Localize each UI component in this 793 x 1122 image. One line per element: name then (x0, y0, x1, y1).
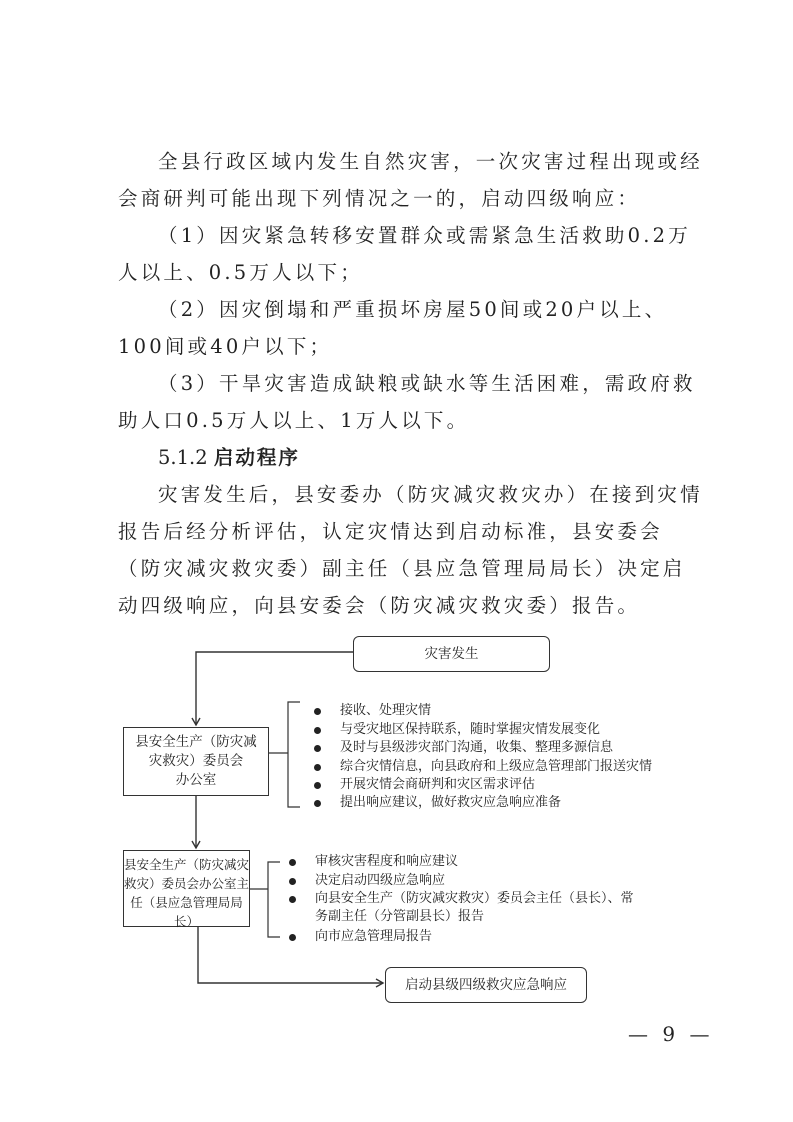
bullet-icon (289, 896, 296, 903)
step1-line: 县安全生产（防灾减 (135, 733, 257, 752)
step2-task: 向县安全生产（防灾减灾救灾）委员会主任（县长）、常 (315, 890, 634, 909)
step1-task: 与受灾地区保持联系，随时掌握灾情发展变化 (340, 721, 600, 740)
step2-task: 决定启动四级应急响应 (315, 872, 445, 891)
step1-task: 接收、处理灾情 (340, 702, 431, 721)
step2-line: 任（县应急管理局局长） (124, 893, 249, 931)
step2-task: 审核灾害程度和响应建议 (315, 853, 458, 872)
bullet-icon (289, 878, 296, 885)
bullet-icon (314, 800, 321, 807)
step1-task: 开展灾情会商研判和灾区需求评估 (340, 776, 535, 795)
step1-task: 及时与县级涉灾部门沟通，收集、整理多源信息 (340, 739, 613, 758)
step1-line: 办公室 (176, 771, 217, 790)
step2-line: 救灾）委员会办公室主 (124, 874, 249, 893)
bullet-icon (314, 764, 321, 771)
page-number: — 9 — (628, 1022, 713, 1046)
step2-box: 县安全生产（防灾减灾 救灾）委员会办公室主 任（县应急管理局局长） (123, 850, 250, 927)
bullet-icon (314, 782, 321, 789)
bullet-icon (314, 708, 321, 715)
flowchart: 灾害发生 县安全生产（防灾减 灾救灾）委员会 办公室 接收、处理灾情 与受灾地区… (0, 0, 793, 1122)
step1-task: 提出响应建议，做好救灾应急响应准备 (340, 794, 561, 813)
end-box: 启动县级四级救灾应急响应 (385, 967, 587, 1003)
flowchart-connectors (0, 0, 793, 1122)
step1-task: 综合灾情信息，向县政府和上级应急管理部门报送灾情 (340, 758, 652, 777)
bullet-icon (289, 859, 296, 866)
step1-box: 县安全生产（防灾减 灾救灾）委员会 办公室 (123, 727, 269, 796)
step2-line: 县安全生产（防灾减灾 (124, 855, 249, 874)
step2-task: 向市应急管理局报告 (315, 928, 432, 947)
start-label: 灾害发生 (425, 645, 479, 664)
start-box: 灾害发生 (353, 636, 550, 672)
bullet-icon (314, 745, 321, 752)
bullet-icon (314, 727, 321, 734)
step1-line: 灾救灾）委员会 (149, 752, 244, 771)
end-label: 启动县级四级救灾应急响应 (405, 976, 567, 995)
bullet-icon (289, 934, 296, 941)
step2-task-continued: 务副主任（分管副县长）报告 (315, 908, 484, 927)
